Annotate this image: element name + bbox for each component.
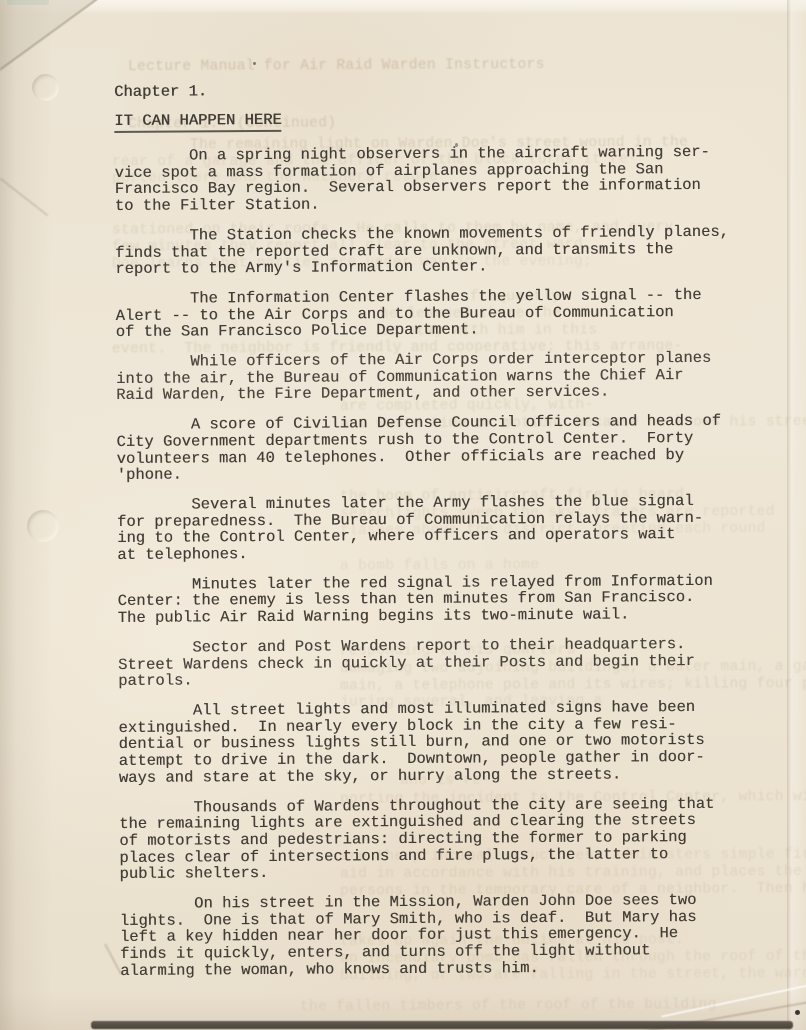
paragraph: While officers of the Air Corps order in…: [116, 350, 756, 405]
paragraphs: On a spring night observers in the aircr…: [114, 144, 760, 980]
chapter-heading: Chapter 1.: [114, 80, 754, 101]
paragraph: A score of Civilian Defense Council offi…: [116, 413, 756, 484]
text-line: Raid Warden, the Fire Department, and ot…: [116, 383, 756, 404]
paragraph: Minutes later the red signal is relayed …: [117, 572, 757, 627]
paragraph: Several minutes later the Army flashes t…: [117, 492, 757, 563]
text-line: alarming the woman, who knows and trusts…: [120, 958, 760, 979]
text-line: to the Filter Station.: [115, 194, 755, 215]
bleedthrough-line: Lecture Manual for Air Raid Warden Instr…: [128, 57, 545, 75]
text-line: public shelters.: [119, 862, 759, 883]
paragraph: On his street in the Mission, Warden Joh…: [120, 892, 761, 980]
paragraph: All street lights and most illuminated s…: [118, 699, 759, 787]
bleedthrough-line: the fallen timbers of the roof of the bu…: [300, 997, 717, 1015]
text-line: of the San Francisco Police Department.: [116, 320, 756, 341]
paragraph: The Station checks the known movements o…: [115, 223, 755, 278]
text-line: report to the Army's Information Center.: [115, 257, 755, 278]
page-title: IT CAN HAPPEN HERE: [114, 112, 282, 133]
typewritten-text-block: Chapter 1. IT CAN HAPPEN HERE On a sprin…: [114, 80, 760, 993]
paragraph: Thousands of Wardens throughout the city…: [119, 795, 760, 883]
text-line: The public Air Raid Warning begins its t…: [118, 606, 758, 627]
paragraph: The Information Center flashes the yello…: [115, 286, 755, 341]
paragraph: Sector and Post Wardens report to their …: [118, 635, 758, 690]
text-line: at telephones.: [117, 543, 757, 564]
scanned-document: { "page": { "chapter_label": "Chapter 1.…: [0, 0, 806, 1030]
paragraph: On a spring night observers in the aircr…: [114, 144, 754, 215]
title-row: IT CAN HAPPEN HERE: [114, 108, 754, 133]
text-line: ways and stare at the sky, or hurry alon…: [119, 765, 759, 786]
